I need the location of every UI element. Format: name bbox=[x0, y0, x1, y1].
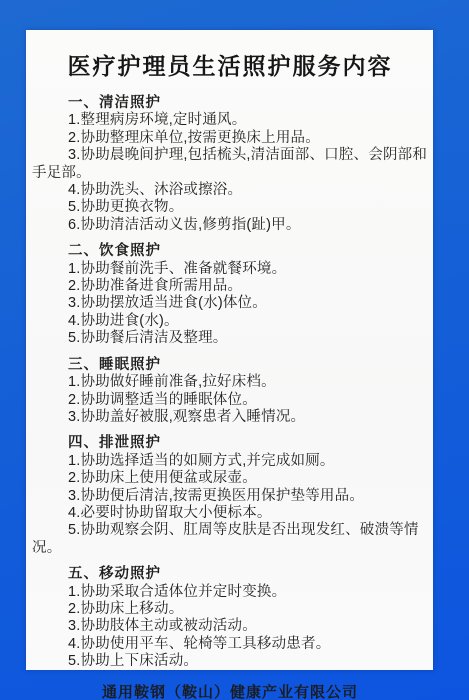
section-item: 4.必要时协助留取大小便标本。 bbox=[32, 505, 428, 522]
care-section: 五、移动照护1.协助采取合适体位并定时变换。2.协助床上移动。3.协助肢体主动或… bbox=[32, 566, 428, 670]
poster-page: 医疗护理员生活照护服务内容 一、清洁照护1.整理病房环境,定时通风。2.协助整理… bbox=[26, 30, 433, 670]
section-item: 1.协助采取合适体位并定时变换。 bbox=[32, 584, 428, 601]
section-heading: 五、移动照护 bbox=[32, 566, 428, 583]
section-heading: 一、清洁照护 bbox=[32, 95, 428, 112]
section-heading: 四、排泄照护 bbox=[32, 435, 428, 452]
section-item: 5.协助餐后清洁及整理。 bbox=[32, 330, 428, 347]
sections-container: 一、清洁照护1.整理病房环境,定时通风。2.协助整理床单位,按需更换床上用品。3… bbox=[32, 95, 428, 671]
section-item: 1.协助做好睡前准备,拉好床档。 bbox=[32, 374, 428, 391]
section-item: 2.协助整理床单位,按需更换床上用品。 bbox=[32, 130, 428, 147]
section-item: 3.协助盖好被服,观察患者入睡情况。 bbox=[32, 409, 428, 426]
section-item: 2.协助调整适当的睡眠体位。 bbox=[32, 392, 428, 409]
section-item: 3.协助摆放适当进食(水)体位。 bbox=[32, 295, 428, 312]
section-item: 2.协助床上使用便盆或尿壶。 bbox=[32, 470, 428, 487]
section-item: 3.协助便后清洁,按需更换医用保护垫等用品。 bbox=[32, 488, 428, 505]
section-item: 5.协助更换衣物。 bbox=[32, 199, 428, 216]
care-section: 三、睡眠照护1.协助做好睡前准备,拉好床档。2.协助调整适当的睡眠体位。3.协助… bbox=[32, 357, 428, 427]
section-item: 3.协助晨晚间护理,包括梳头,清洁面部、口腔、会阴部和手足部。 bbox=[32, 147, 428, 182]
care-section: 二、饮食照护1.协助餐前洗手、准备就餐环境。2.协助准备进食所需用品。3.协助摆… bbox=[32, 243, 428, 347]
section-item: 2.协助床上移动。 bbox=[32, 601, 428, 618]
section-item: 1.整理病房环境,定时通风。 bbox=[32, 112, 428, 129]
section-item: 1.协助选择适当的如厕方式,并完成如厕。 bbox=[32, 453, 428, 470]
section-item: 3.协助肢体主动或被动活动。 bbox=[32, 618, 428, 635]
section-item: 2.协助准备进食所需用品。 bbox=[32, 278, 428, 295]
poster-title: 医疗护理员生活照护服务内容 bbox=[32, 48, 428, 81]
care-section: 一、清洁照护1.整理病房环境,定时通风。2.协助整理床单位,按需更换床上用品。3… bbox=[32, 95, 428, 234]
section-item: 4.协助使用平车、轮椅等工具移动患者。 bbox=[32, 636, 428, 653]
section-item: 5.协助上下床活动。 bbox=[32, 653, 428, 670]
section-item: 1.协助餐前洗手、准备就餐环境。 bbox=[32, 261, 428, 278]
poster-frame: 医疗护理员生活照护服务内容 一、清洁照护1.整理病房环境,定时通风。2.协助整理… bbox=[0, 0, 469, 700]
section-item: 6.协助清洁活动义齿,修剪指(趾)甲。 bbox=[32, 217, 428, 234]
section-heading: 三、睡眠照护 bbox=[32, 357, 428, 374]
section-item: 5.协助观察会阴、肛周等皮肤是否出现发红、破溃等情况。 bbox=[32, 522, 428, 557]
company-name: 通用鞍钢（鞍山）健康产业有限公司 bbox=[32, 681, 428, 700]
section-heading: 二、饮食照护 bbox=[32, 243, 428, 260]
section-item: 4.协助进食(水)。 bbox=[32, 313, 428, 330]
care-section: 四、排泄照护1.协助选择适当的如厕方式,并完成如厕。2.协助床上使用便盆或尿壶。… bbox=[32, 435, 428, 557]
section-item: 4.协助洗头、沐浴或擦浴。 bbox=[32, 182, 428, 199]
